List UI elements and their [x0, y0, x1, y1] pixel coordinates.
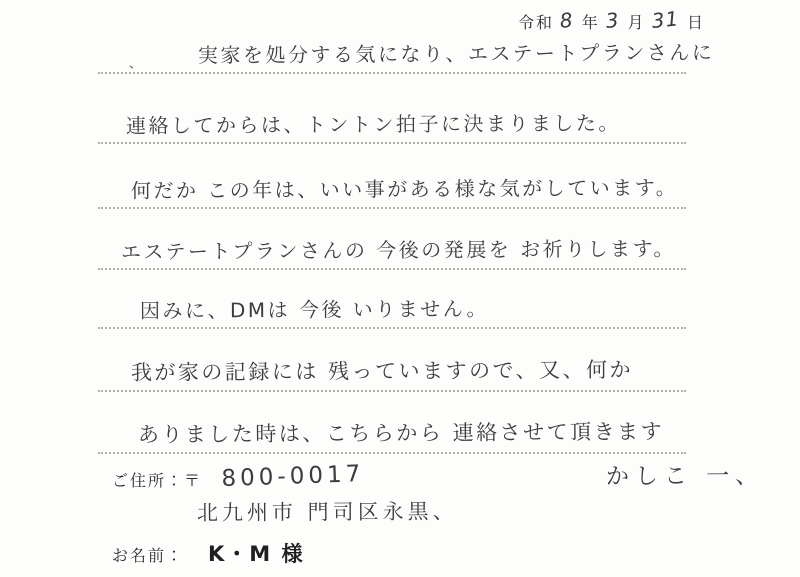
ruled-line-3: 何だか この年は、いい事がある様な気がしています。	[98, 159, 686, 209]
address-row: ご住所：〒 800-0017	[112, 466, 365, 492]
name-value: K・M 様	[208, 538, 304, 568]
letter-scan-page: 令和 8 年 3 月 31 日 、 実家を処分する気になり、エステートプランさん…	[0, 0, 800, 577]
day-suffix: 日	[687, 10, 705, 33]
handwritten-line-5: 因みに、DMは 今後 いりません。	[98, 293, 489, 327]
ruled-line-6: 我が家の記録には 残っていますので、又、何か	[98, 342, 686, 392]
handwritten-line-1: 実家を処分する気になり、エステートプランさんに	[98, 36, 715, 72]
name-row: お名前： K・M 様	[112, 538, 305, 568]
handwritten-line-6: 我が家の記録には 残っていますので、又、何か	[98, 354, 633, 390]
ruled-line-5: 因みに、DMは 今後 いりません。	[98, 279, 686, 329]
handwritten-line-7: ありました時は、こちらから 連絡させて頂きます	[98, 416, 664, 452]
ruled-line-7: ありました時は、こちらから 連絡させて頂きます	[98, 404, 686, 454]
handwritten-line-2: 連絡してからは、トントン拍子に決まりました。	[98, 107, 621, 142]
ruled-line-1: 実家を処分する気になり、エステートプランさんに	[98, 24, 686, 74]
handwritten-line-3: 何だか この年は、いい事がある様な気がしています。	[98, 171, 678, 207]
ruled-line-4: エステートプランさんの 今後の発展を お祈りします。	[98, 220, 686, 270]
ruled-line-2: 連絡してからは、トントン拍子に決まりました。	[98, 94, 686, 144]
handwritten-line-4: エステートプランさんの 今後の発展を お祈りします。	[98, 232, 676, 268]
closing-kashiko: かしこ 一、	[606, 457, 765, 491]
address-city-value: 北九州市 門司区永黒、	[197, 495, 458, 527]
address-label: ご住所：〒	[112, 468, 202, 491]
name-label: お名前：	[112, 543, 184, 566]
postal-code-value: 800-0017	[221, 461, 365, 492]
